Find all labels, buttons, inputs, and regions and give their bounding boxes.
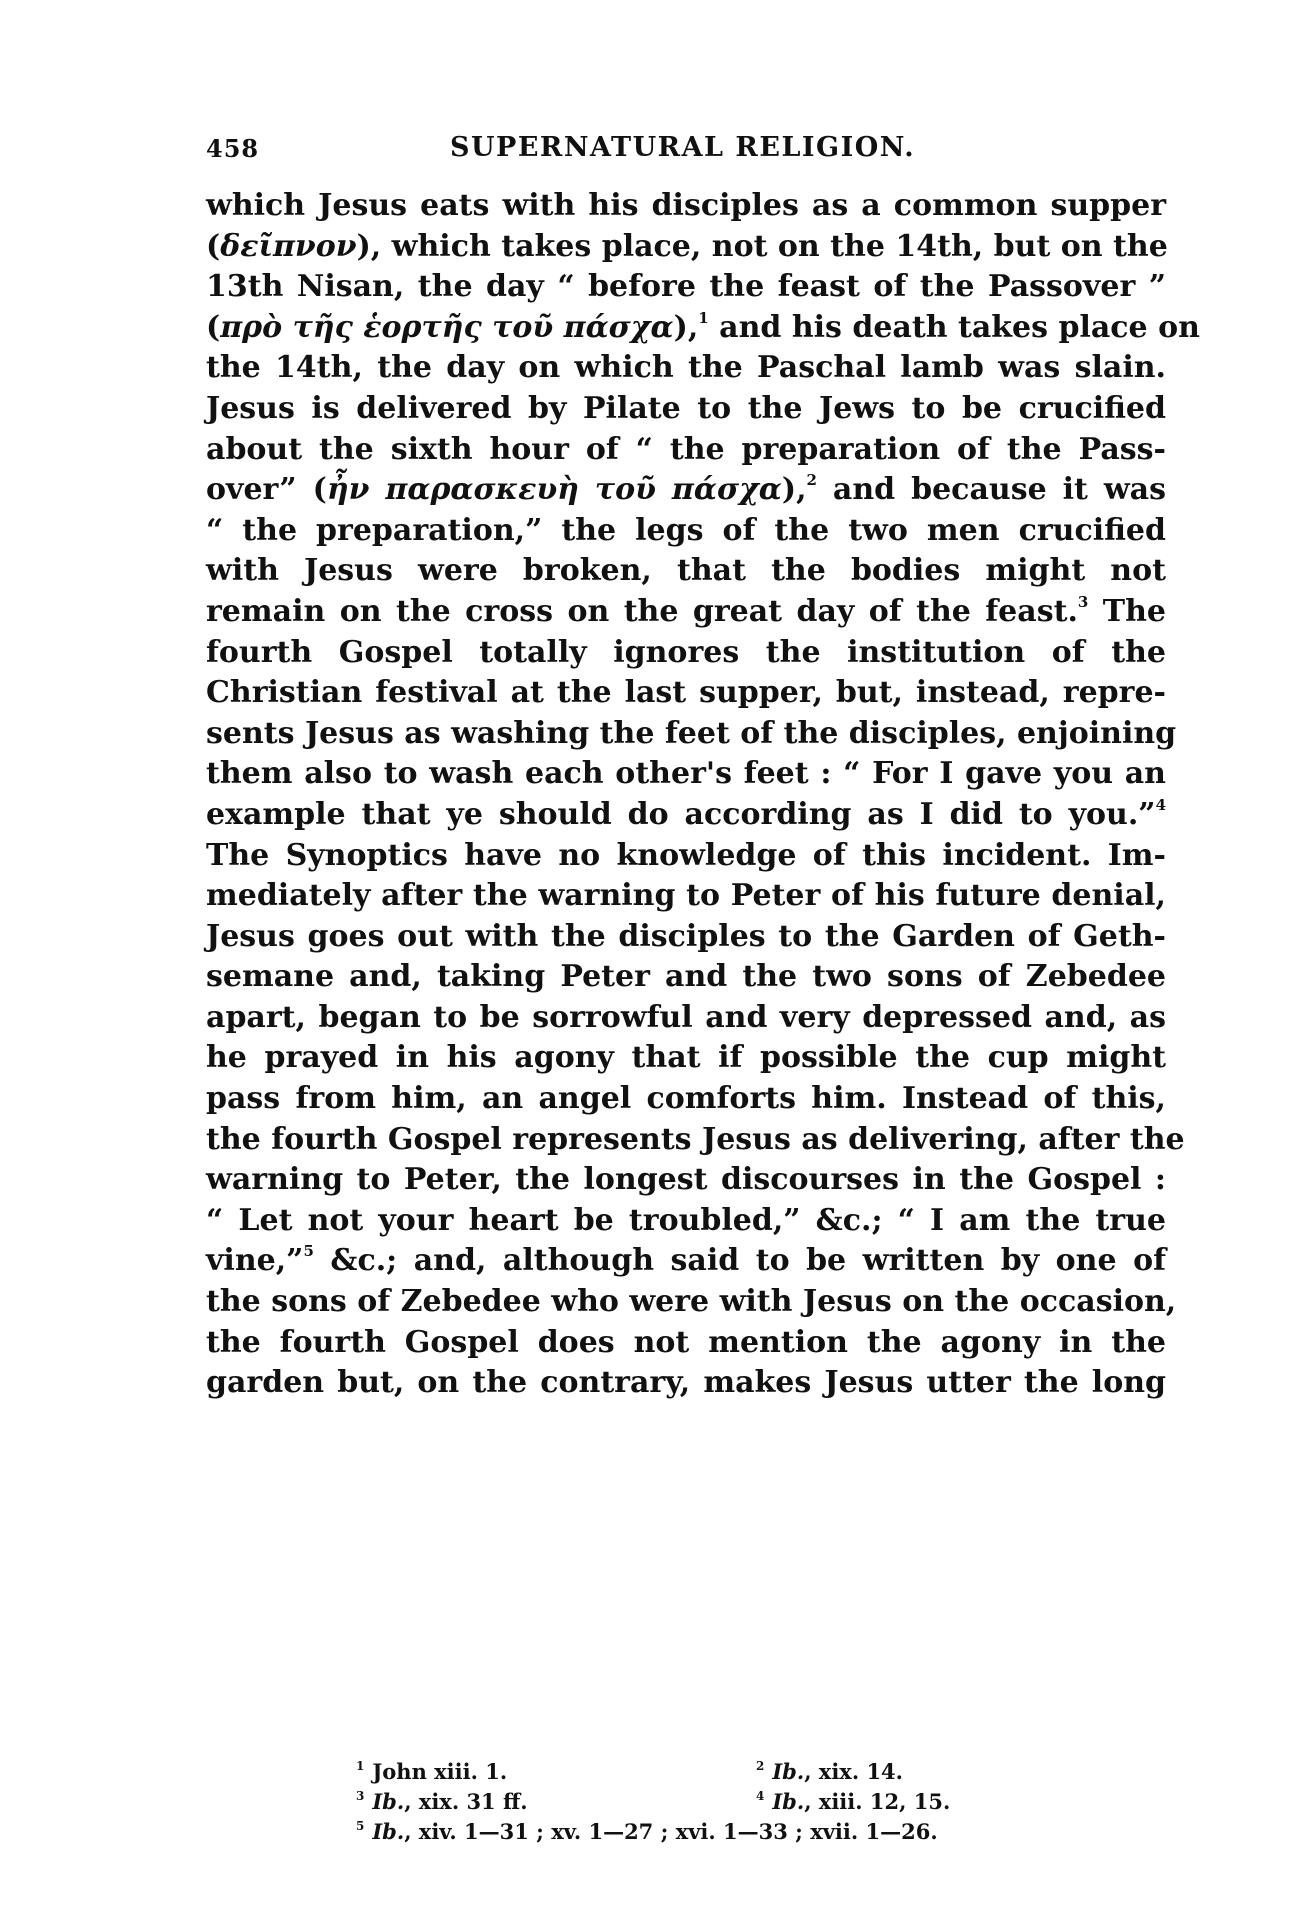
line-text: the 14th, the day on which the Paschal l…	[206, 350, 1166, 385]
footnote-mark: 3	[356, 1789, 364, 1803]
line-text: &c.; and, although said to be written by…	[314, 1243, 1166, 1278]
text-line: warning to Peter, the longest discourses…	[206, 1160, 1166, 1201]
greek-phrase: πρὸ τῆς ἑορτῆς τοῦ πάσχα	[220, 310, 673, 345]
text-line: he prayed in his agony that if possible …	[206, 1038, 1166, 1079]
footnote-ref-4[interactable]: 4	[1156, 796, 1166, 814]
text-line: the fourth Gospel does not mention the a…	[206, 1323, 1166, 1364]
text-line: sents Jesus as washing the feet of the d…	[206, 714, 1166, 755]
greek-phrase: ἦν παρασκευὴ τοῦ πάσχα	[327, 472, 782, 507]
text-line: apart, began to be sorrowful and very de…	[206, 998, 1166, 1039]
footnote-3: 3Ib., xix. 31 ff.	[356, 1787, 756, 1817]
text-line: about the sixth hour of “ the preparatio…	[206, 430, 1166, 471]
line-text: (	[206, 229, 220, 264]
line-text: pass from him, an angel comforts him. In…	[206, 1081, 1166, 1116]
text-line: (πρὸ τῆς ἑορτῆς τοῦ πάσχα),1 and his dea…	[206, 308, 1166, 349]
footnote-ibid: Ib.	[372, 1789, 404, 1814]
text-line: (δεῖπνον), which takes place, not on the…	[206, 227, 1166, 268]
footnote-row: 5Ib., xiv. 1—31 ; xv. 1—27 ; xvi. 1—33 ;…	[356, 1817, 1156, 1847]
line-text: the fourth Gospel represents Jesus as de…	[206, 1122, 1185, 1157]
line-text: The Synoptics have no knowledge of this …	[206, 838, 1166, 873]
line-text: 13th Nisan, the day “ before the feast o…	[206, 269, 1166, 304]
footnote-ref-1[interactable]: 1	[698, 309, 708, 327]
page-number: 458	[206, 134, 259, 163]
line-text: garden but, on the contrary, makes Jesus…	[206, 1365, 1166, 1400]
line-text: “ Let not your heart be troubled,” &c.; …	[206, 1203, 1166, 1238]
text-line: the 14th, the day on which the Paschal l…	[206, 348, 1166, 389]
footnote-ref-3[interactable]: 3	[1078, 593, 1088, 611]
greek-phrase: δεῖπνον	[220, 229, 356, 264]
line-text: sents Jesus as washing the feet of the d…	[206, 716, 1176, 751]
text-line: pass from him, an angel comforts him. In…	[206, 1079, 1166, 1120]
footnote-5: 5Ib., xiv. 1—31 ; xv. 1—27 ; xvi. 1—33 ;…	[356, 1817, 938, 1847]
footnote-ref-2[interactable]: 2	[807, 471, 817, 489]
text-line: them also to wash each other's feet : “ …	[206, 754, 1166, 795]
text-line: remain on the cross on the great day of …	[206, 592, 1166, 633]
line-text: (	[206, 310, 220, 345]
running-head: 458 SUPERNATURAL RELIGION.	[206, 126, 1166, 166]
text-line: The Synoptics have no knowledge of this …	[206, 836, 1166, 877]
line-text: with Jesus were broken, that the bodies …	[206, 553, 1166, 588]
text-line: 13th Nisan, the day “ before the feast o…	[206, 267, 1166, 308]
line-text: about the sixth hour of “ the preparatio…	[206, 432, 1166, 467]
line-text: over” (	[206, 472, 327, 507]
footnotes: 1John xiii. 1. 2Ib., xix. 14. 3Ib., xix.…	[356, 1757, 1156, 1847]
footnote-row: 1John xiii. 1. 2Ib., xix. 14.	[356, 1757, 1156, 1787]
text-line: mediately after the warning to Peter of …	[206, 876, 1166, 917]
text-line: the fourth Gospel represents Jesus as de…	[206, 1120, 1166, 1161]
footnote-text: John xiii. 1.	[372, 1759, 507, 1784]
text-line: which Jesus eats with his disciples as a…	[206, 186, 1166, 227]
line-text: mediately after the warning to Peter of …	[206, 878, 1166, 913]
text-line: “ the preparation,” the legs of the two …	[206, 511, 1166, 552]
text-line: Christian festival at the last supper, b…	[206, 673, 1166, 714]
line-text: semane and, taking Peter and the two son…	[206, 959, 1166, 994]
text-line: with Jesus were broken, that the bodies …	[206, 551, 1166, 592]
footnote-mark: 5	[356, 1819, 364, 1833]
text-line: Jesus goes out with the disciples to the…	[206, 917, 1166, 958]
text-line: fourth Gospel totally ignores the instit…	[206, 633, 1166, 674]
book-page: 458 SUPERNATURAL RELIGION. which Jesus e…	[0, 0, 1292, 1925]
line-text: apart, began to be sorrowful and very de…	[206, 1000, 1166, 1035]
footnote-text: , xiii. 12, 15.	[804, 1789, 950, 1814]
line-text: ),	[782, 472, 807, 507]
text-line: vine,”5 &c.; and, although said to be wr…	[206, 1241, 1166, 1282]
line-text: Christian festival at the last supper, b…	[206, 675, 1166, 710]
line-text: and because it was	[817, 472, 1166, 507]
footnote-ibid: Ib.	[372, 1819, 404, 1844]
footnote-ref-5[interactable]: 5	[303, 1242, 313, 1260]
line-text: the sons of Zebedee who were with Jesus …	[206, 1284, 1176, 1319]
running-title: SUPERNATURAL RELIGION.	[450, 132, 915, 163]
text-line: example that ye should do according as I…	[206, 795, 1166, 836]
text-line: the sons of Zebedee who were with Jesus …	[206, 1282, 1166, 1323]
footnote-4: 4Ib., xiii. 12, 15.	[756, 1787, 1156, 1817]
line-text: Jesus is delivered by Pilate to the Jews…	[206, 391, 1166, 426]
text-line: Jesus is delivered by Pilate to the Jews…	[206, 389, 1166, 430]
line-text: and his death takes place on	[709, 310, 1200, 345]
line-text: Jesus goes out with the disciples to the…	[206, 919, 1166, 954]
line-text: remain on the cross on the great day of …	[206, 594, 1078, 629]
footnote-mark: 2	[756, 1759, 764, 1773]
footnote-row: 3Ib., xix. 31 ff. 4Ib., xiii. 12, 15.	[356, 1787, 1156, 1817]
line-text: the fourth Gospel does not mention the a…	[206, 1325, 1166, 1360]
line-text: The	[1088, 594, 1166, 629]
footnote-mark: 4	[756, 1789, 764, 1803]
text-line: over” (ἦν παρασκευὴ τοῦ πάσχα),2 and bec…	[206, 470, 1166, 511]
line-text: he prayed in his agony that if possible …	[206, 1040, 1166, 1075]
footnote-ibid: Ib.	[772, 1759, 804, 1784]
line-text: them also to wash each other's feet : “ …	[206, 756, 1166, 791]
footnote-mark: 1	[356, 1759, 364, 1773]
text-line: garden but, on the contrary, makes Jesus…	[206, 1363, 1166, 1404]
line-text: ), which takes place, not on the 14th, b…	[357, 229, 1168, 264]
text-line: semane and, taking Peter and the two son…	[206, 957, 1166, 998]
line-text: warning to Peter, the longest discourses…	[206, 1162, 1166, 1197]
footnote-1: 1John xiii. 1.	[356, 1757, 756, 1787]
line-text: “ the preparation,” the legs of the two …	[206, 513, 1166, 548]
footnote-ibid: Ib.	[772, 1789, 804, 1814]
line-text: fourth Gospel totally ignores the instit…	[206, 635, 1166, 670]
footnote-2: 2Ib., xix. 14.	[756, 1757, 1156, 1787]
line-text: which Jesus eats with his disciples as a…	[206, 188, 1166, 223]
line-text: example that ye should do according as I…	[206, 797, 1156, 832]
line-text: ),	[674, 310, 699, 345]
footnote-text: , xix. 31 ff.	[404, 1789, 527, 1814]
text-line: “ Let not your heart be troubled,” &c.; …	[206, 1201, 1166, 1242]
line-text: vine,”	[206, 1243, 303, 1278]
body-text: which Jesus eats with his disciples as a…	[206, 186, 1166, 1404]
footnote-text: , xiv. 1—31 ; xv. 1—27 ; xvi. 1—33 ; xvi…	[404, 1819, 937, 1844]
footnote-text: , xix. 14.	[804, 1759, 903, 1784]
